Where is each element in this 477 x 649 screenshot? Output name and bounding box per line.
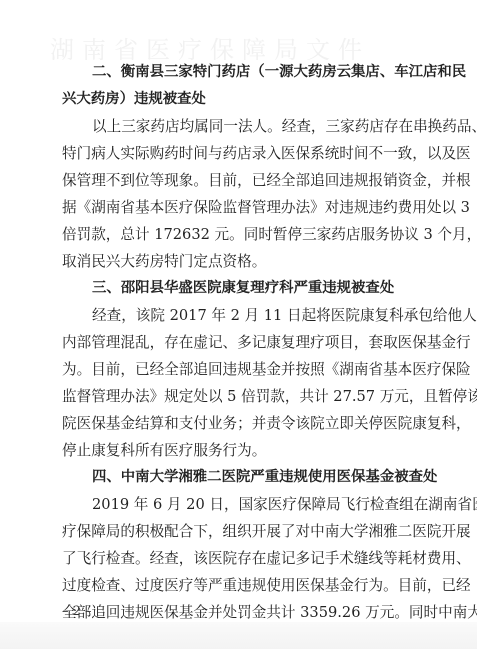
ghost-header-bleedthrough: 湖南省医疗保障局文件 [50,30,430,60]
paragraph-line: 内部管理混乱，存在虚记、多记康复理疗项目，套取医保基金行 [62,329,422,356]
section-heading: 四、中南大学湘雅二医院严重违规使用医保基金被查处 [62,464,422,491]
paragraph-line: 2019 年 6 月 20 日，国家医疗保障局飞行检查组在湖南省医 [62,491,422,518]
paragraph-line: 过度检查、过度医疗等严重违规使用医保基金行为。目前，已经 [62,572,422,599]
paragraph-line: 倍罚款，总计 172632 元。同时暂停三家药店服务协议 3 个月， [62,221,422,248]
paragraph-line: 了飞行检查。经查，该医院存在虚记多记手术缝线等耗材费用、 [62,545,422,572]
section-heading: 兴大药房）违规被查处 [62,86,422,113]
paragraph-line: 停止康复科所有医疗服务行为。 [62,437,422,464]
paragraph-line: 取消民兴大药房特门定点资格。 [62,248,422,275]
paragraph-line: 经查，该院 2017 年 2 月 11 日起将医院康复科承包给他人， [62,302,422,329]
page-number: – 2 – [62,604,92,619]
section-heading: 二、衡南县三家特门药店（一源大药房云集店、车江店和民 [62,59,422,86]
paragraph-line: 疗保障局的积极配合下，组织开展了对中南大学湘雅二医院开展 [62,518,422,545]
paragraph-line: 院医保基金结算和支付业务；并责令该院立即关停医院康复科， [62,410,422,437]
paragraph-line: 特门病人实际购药时间与药店录入医保系统时间不一致，以及医 [62,140,422,167]
page-edge-shadow [0,622,477,649]
paragraph-line: 据《湖南省基本医疗保险监督管理办法》对违规违约费用处以 3 [62,194,422,221]
paragraph-line: 以上三家药店均属同一法人。经查，三家药店存在串换药品、 [62,113,422,140]
paragraph-line: 为。目前，已经全部追回违规基金并按照《湖南省基本医疗保险 [62,356,422,383]
document-page: 二、衡南县三家特门药店（一源大药房云集店、车江店和民 兴大药房）违规被查处 以上… [62,59,422,649]
section-heading: 三、邵阳县华盛医院康复理疗科严重违规被查处 [62,275,422,302]
paragraph-line: 保管理不到位等现象。目前，已经全部追回违规报销资金，并根 [62,167,422,194]
paragraph-line: 监督管理办法》规定处以 5 倍罚款，共计 27.57 万元，且暂停该 [62,383,422,410]
